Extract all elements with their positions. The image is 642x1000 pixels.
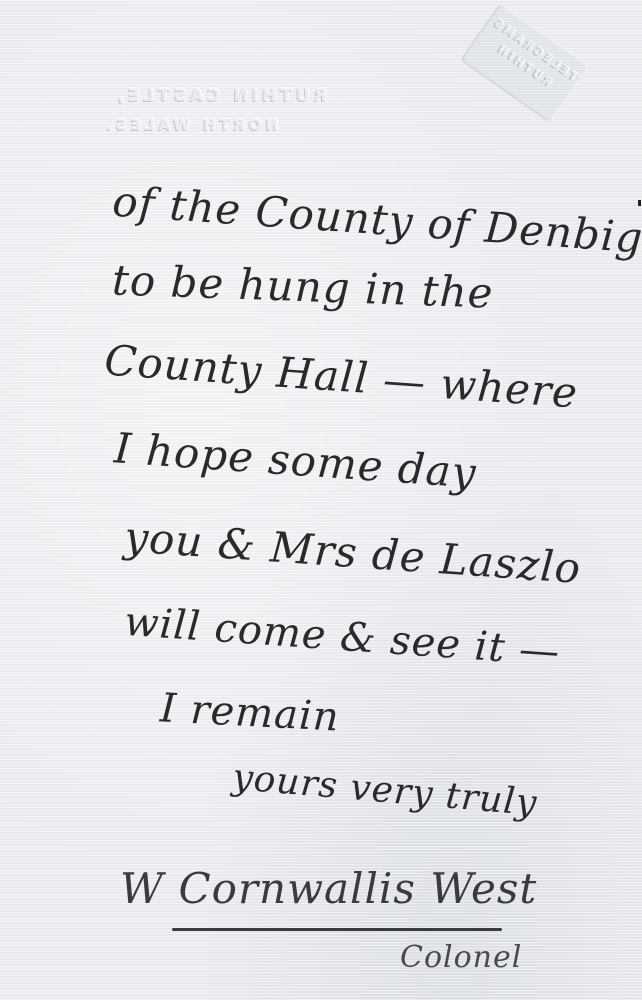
signature-underline [172, 928, 502, 931]
telegram-emboss-stamp: TELEGRAMS RUTHIN [460, 3, 590, 123]
edge-ink-mark [638, 200, 641, 206]
body-line-6: will come & see it — [123, 599, 562, 675]
body-line-3: County Hall — where [103, 336, 580, 418]
letterhead-line1: RUTHIN CASTLE, [100, 86, 340, 106]
signature: W Cornwallis West [120, 864, 537, 913]
letter-page: RUTHIN CASTLE, NORTH WALES. TELEGRAMS RU… [0, 0, 642, 1000]
closing-line: I remain [159, 685, 341, 740]
body-line-5: you & Mrs de Laszlo [123, 512, 583, 593]
body-line-4: I hope some day [113, 423, 478, 497]
valediction: yours very truly [231, 757, 539, 824]
body-line-1: of the County of Denbigh [111, 177, 642, 265]
body-line-2: to be hung in the [111, 255, 494, 317]
signature-title: Colonel [400, 940, 522, 975]
letterhead-line2: NORTH WALES. [90, 116, 290, 134]
